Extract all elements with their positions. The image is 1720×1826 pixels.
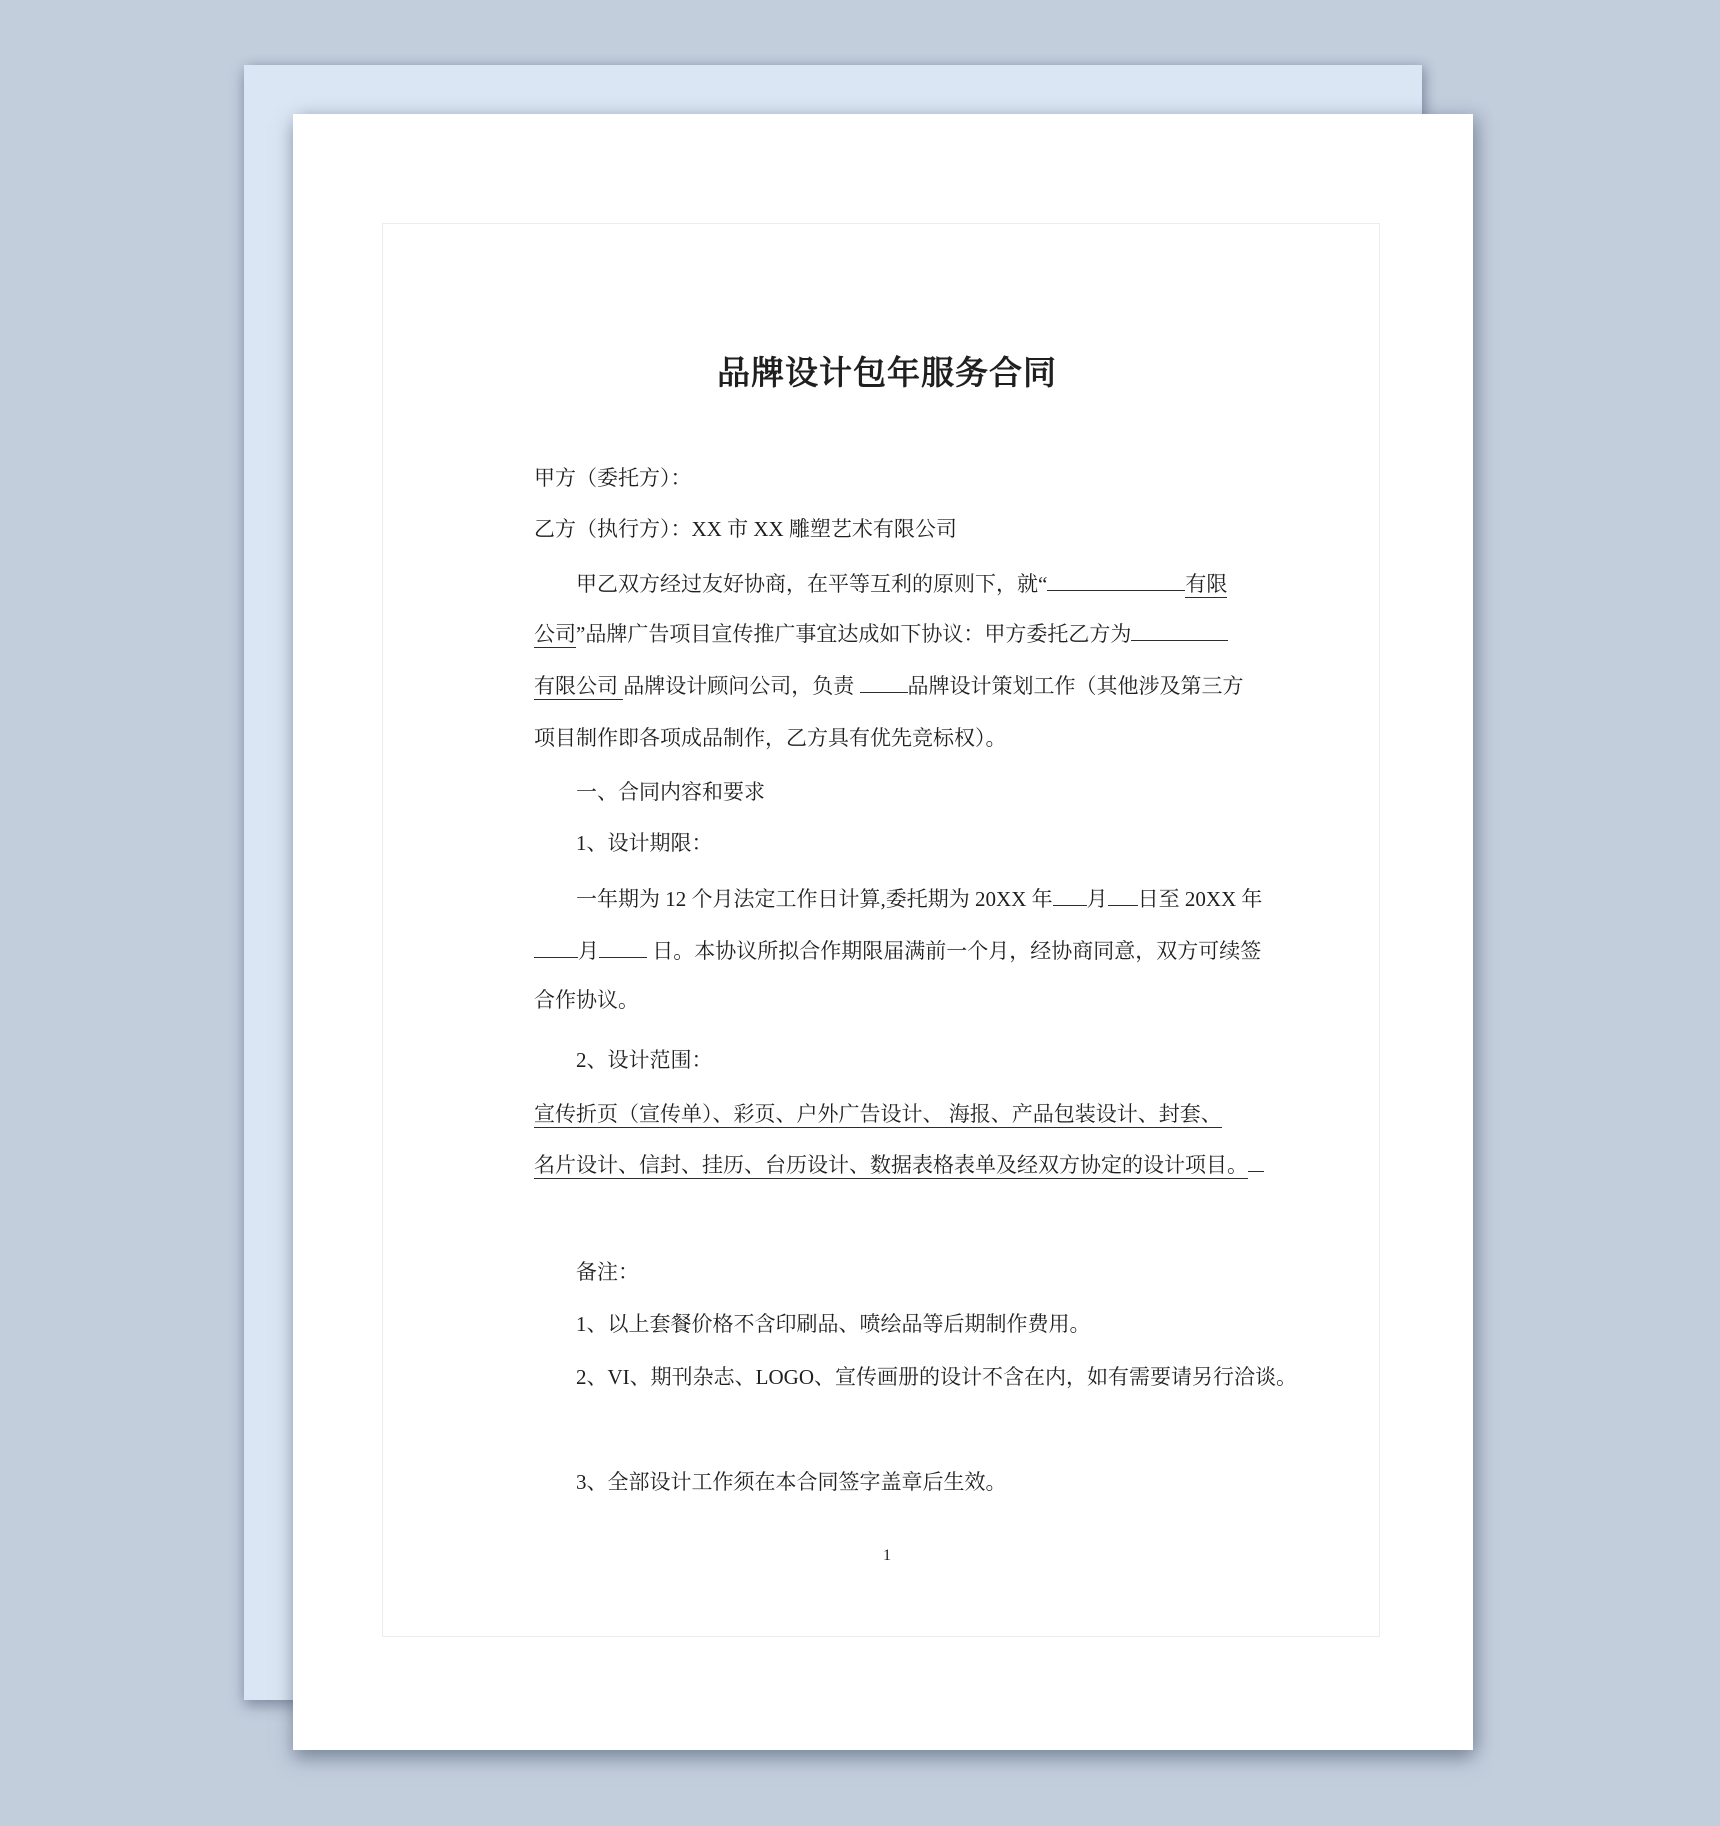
text-line: 甲方（委托方）：	[534, 463, 1240, 493]
fill-in-blank	[1131, 619, 1228, 641]
text-segment: 项目制作即各项成品制作，乙方具有优先竞标权）。	[534, 726, 1007, 750]
page-number: 1	[534, 1544, 1240, 1568]
text-line: 名片设计、信封、挂历、台历设计、数据表格表单及经双方协定的设计项目。	[534, 1150, 1240, 1180]
template-preview-canvas: 品牌设计包年服务合同 1 甲方（委托方）：乙方（执行方）：XX 市 XX 雕塑艺…	[0, 0, 1720, 1826]
text-segment: 2、VI、期刊杂志、LOGO、宣传画册的设计不含在内，如有需要请另行洽谈。	[576, 1365, 1297, 1389]
text-line: 3、全部设计工作须在本合同签字盖章后生效。	[534, 1467, 1282, 1497]
text-layer: 品牌设计包年服务合同 1 甲方（委托方）：乙方（执行方）：XX 市 XX 雕塑艺…	[534, 114, 1240, 1750]
underlined-text: 公司	[534, 622, 576, 648]
text-segment: 一、合同内容和要求	[576, 780, 765, 804]
text-segment: 2、设计范围：	[576, 1048, 713, 1072]
document-title: 品牌设计包年服务合同	[534, 352, 1240, 396]
text-line: 项目制作即各项成品制作，乙方具有优先竞标权）。	[534, 723, 1240, 753]
text-line: 甲乙双方经过友好协商，在平等互利的原则下，就“有限	[534, 569, 1282, 599]
text-line: 一年期为 12 个月法定工作日计算,委托期为 20XX 年月日至 20XX 年	[534, 884, 1282, 914]
text-segment: 月	[1087, 887, 1108, 911]
fill-in-blank	[1047, 569, 1185, 591]
text-segment: 乙方（执行方）：XX 市 XX 雕塑艺术有限公司	[534, 517, 957, 541]
text-line: 合作协议。	[534, 985, 1240, 1015]
text-segment: 1、以上套餐价格不含印刷品、喷绘品等后期制作费用。	[576, 1312, 1091, 1336]
text-segment: 甲方（委托方）：	[534, 466, 692, 490]
text-line: 有限公司 品牌设计顾问公司，负责 品牌设计策划工作（其他涉及第三方	[534, 671, 1240, 701]
fill-in-blank	[534, 936, 578, 958]
text-segment: 品牌设计策划工作（其他涉及第三方	[908, 674, 1244, 698]
text-line: 1、设计期限：	[534, 828, 1282, 858]
underlined-text: 有限	[1185, 572, 1227, 598]
underlined-text: 名片设计、信封、挂历、台历设计、数据表格表单及经双方协定的设计项目。	[534, 1153, 1248, 1179]
text-segment: 日至 20XX 年	[1138, 887, 1263, 911]
text-segment: 月	[578, 939, 599, 963]
underlined-text: 宣传折页（宣传单）、彩页、户外广告设计、 海报、产品包装设计、封套、	[534, 1102, 1222, 1128]
fill-in-blank	[860, 671, 908, 693]
text-line: 公司”品牌广告项目宣传推广事宜达成如下协议：甲方委托乙方为	[534, 619, 1240, 649]
text-line: 乙方（执行方）：XX 市 XX 雕塑艺术有限公司	[534, 514, 1240, 544]
text-line: 宣传折页（宣传单）、彩页、户外广告设计、 海报、产品包装设计、封套、	[534, 1099, 1240, 1129]
text-line: 2、设计范围：	[534, 1045, 1282, 1075]
text-line: 1、以上套餐价格不含印刷品、喷绘品等后期制作费用。	[534, 1309, 1282, 1339]
text-segment: 备注：	[576, 1260, 639, 1284]
text-line: 一、合同内容和要求	[534, 777, 1282, 807]
text-segment: 一年期为 12 个月法定工作日计算,委托期为 20XX 年	[576, 887, 1053, 911]
underlined-text: 有限公司	[534, 674, 623, 700]
fill-in-blank	[599, 936, 647, 958]
fill-in-blank	[1108, 884, 1138, 906]
text-line: 2、VI、期刊杂志、LOGO、宣传画册的设计不含在内，如有需要请另行洽谈。	[534, 1362, 1282, 1392]
text-segment: 日。本协议所拟合作期限届满前一个月，经协商同意，双方可续签	[647, 939, 1261, 963]
text-segment: 3、全部设计工作须在本合同签字盖章后生效。	[576, 1470, 1007, 1494]
fill-in-blank	[1053, 884, 1087, 906]
text-segment: 品牌设计顾问公司，负责	[623, 674, 859, 698]
text-line: 备注：	[534, 1257, 1282, 1287]
text-line: 月 日。本协议所拟合作期限届满前一个月，经协商同意，双方可续签	[534, 936, 1240, 966]
text-segment: 甲乙双方经过友好协商，在平等互利的原则下，就“	[576, 572, 1047, 596]
text-segment: 合作协议。	[534, 988, 639, 1012]
text-segment: 1、设计期限：	[576, 831, 713, 855]
document-page: 品牌设计包年服务合同 1 甲方（委托方）：乙方（执行方）：XX 市 XX 雕塑艺…	[293, 114, 1473, 1750]
text-segment: ”品牌广告项目宣传推广事宜达成如下协议：甲方委托乙方为	[576, 622, 1131, 646]
fill-in-blank	[1248, 1150, 1264, 1172]
